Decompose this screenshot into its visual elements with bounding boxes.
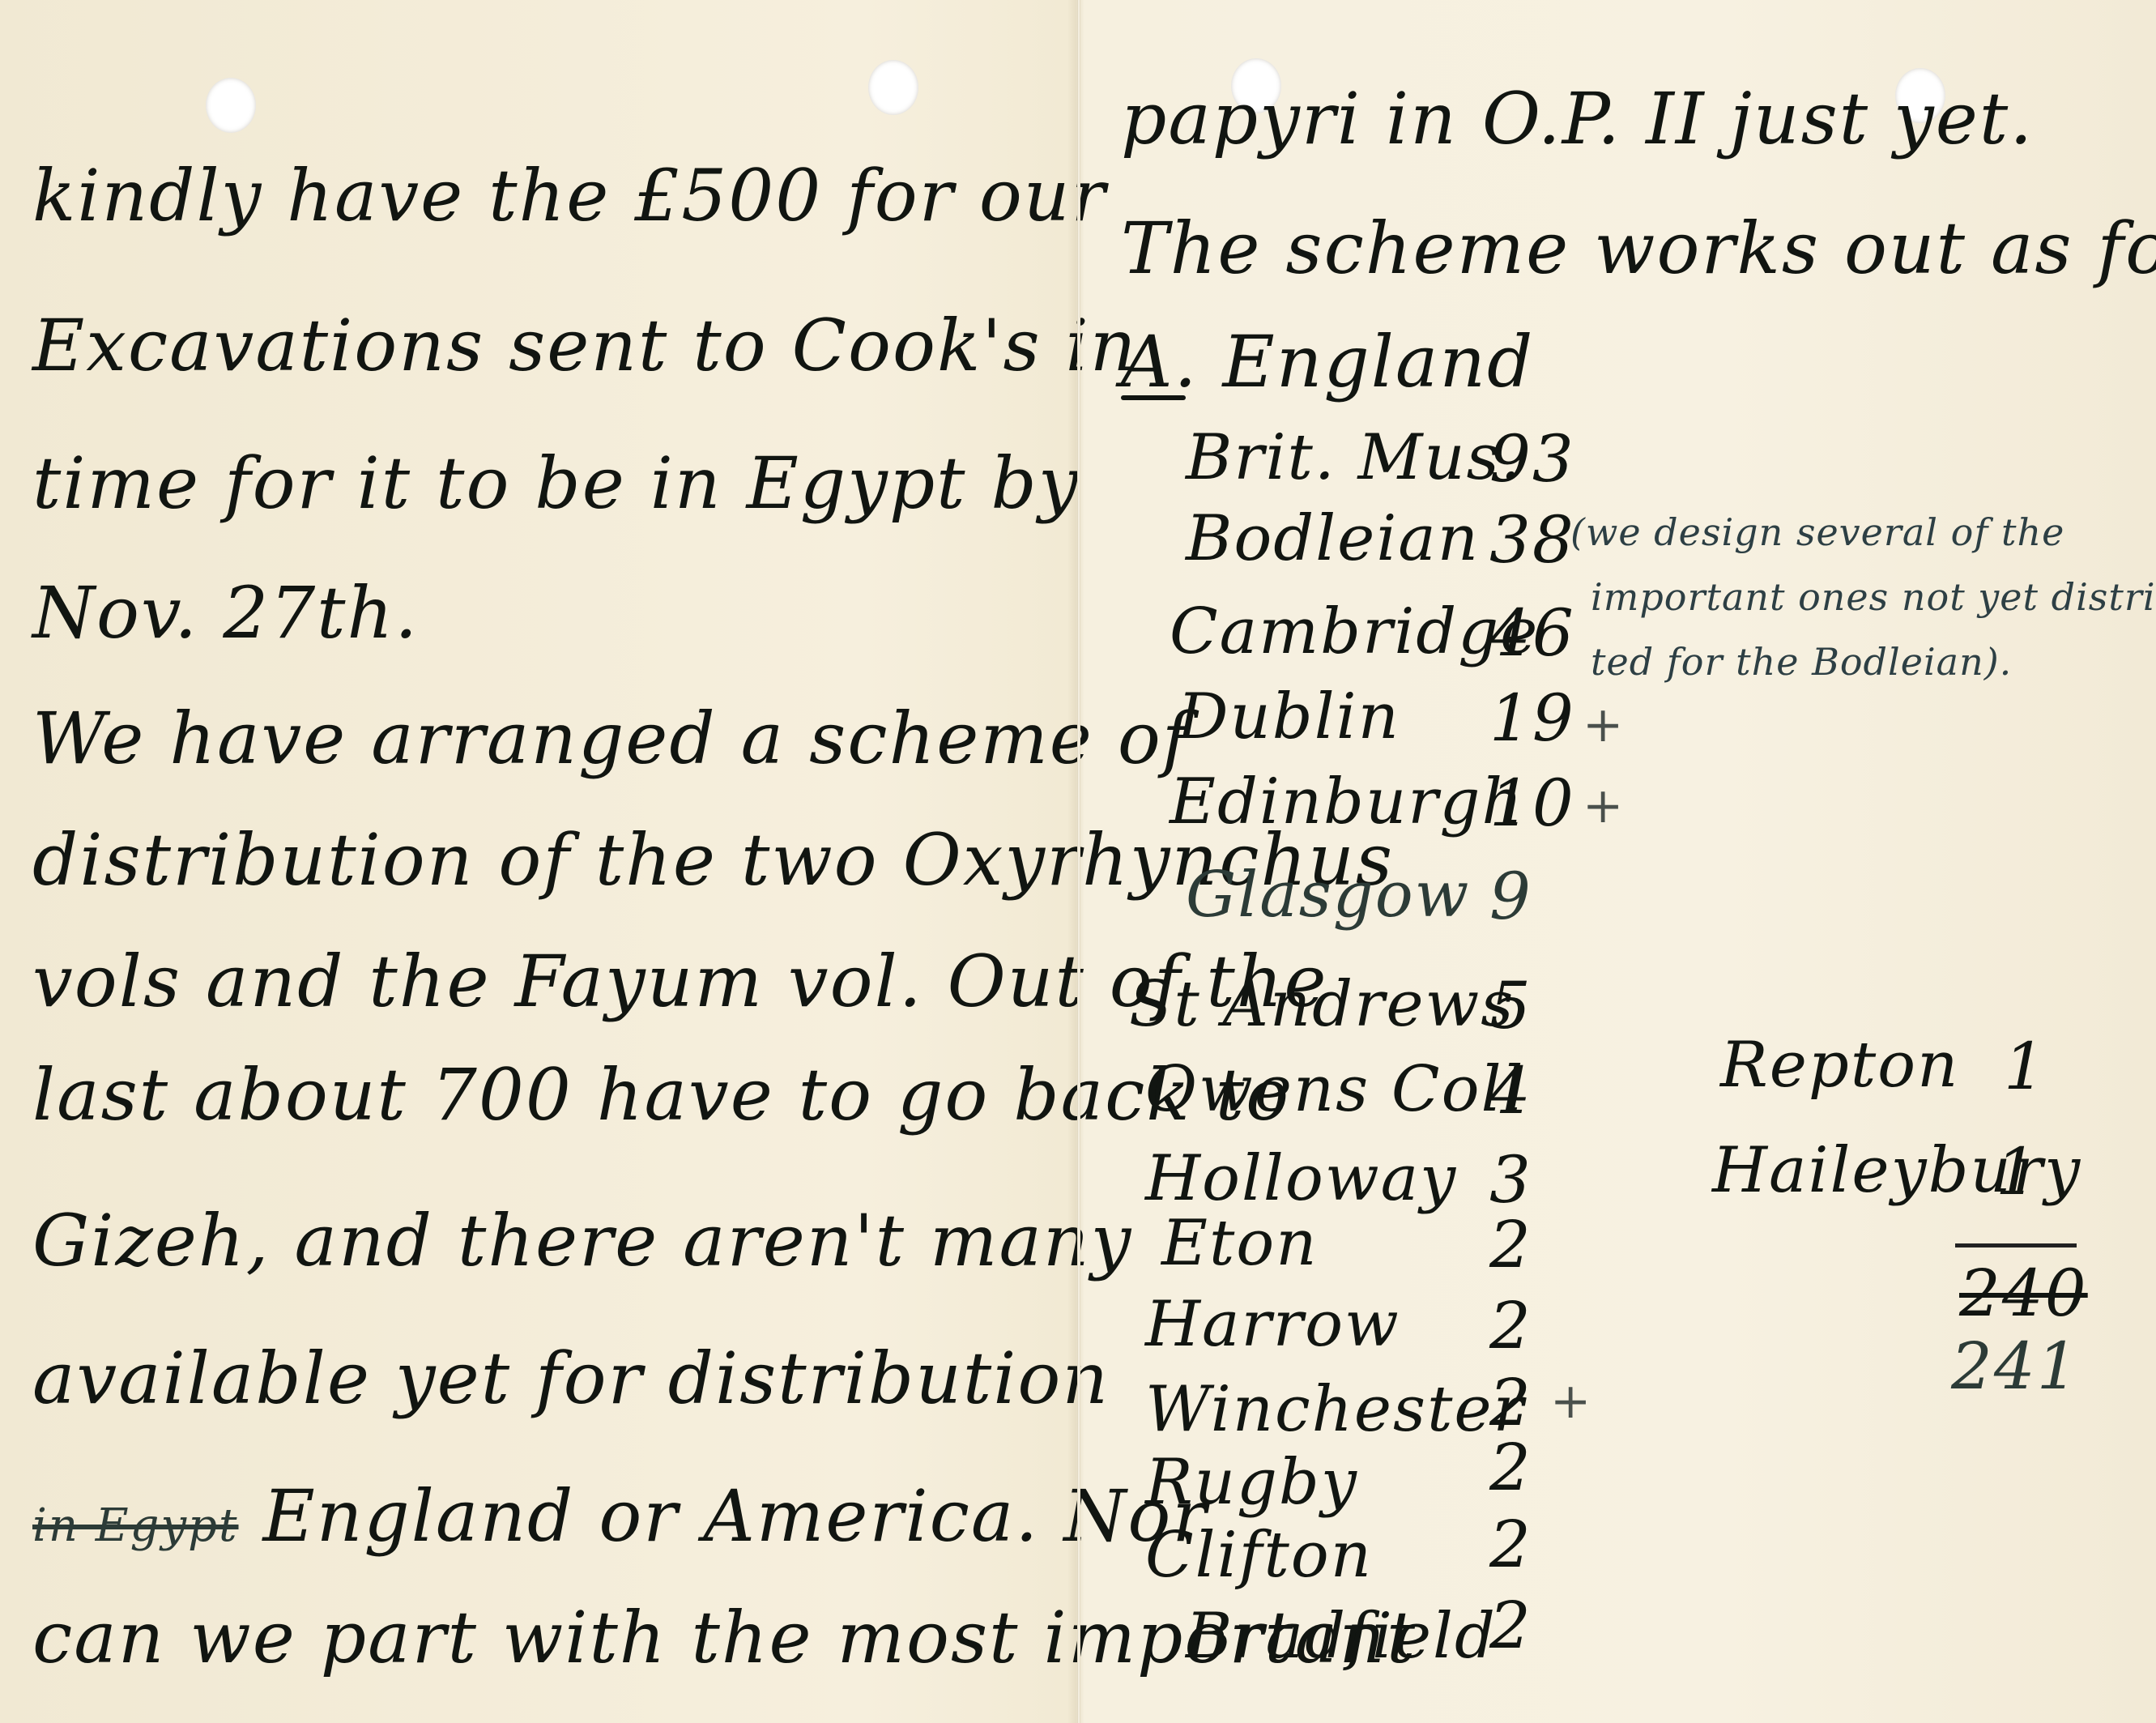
entry-count: 19	[1489, 680, 1575, 756]
entry-count: 4	[1489, 1053, 1532, 1128]
header-line: papyri in O.P. II just yet.	[1121, 77, 2034, 160]
entry-count: 2	[1489, 1288, 1532, 1363]
side-entry-count: 1	[2004, 1029, 2047, 1104]
letter-line: time for it to be in Egypt by	[32, 441, 1080, 525]
letter-line: Gizeh, and there aren't many	[32, 1199, 1132, 1282]
entry-name: Owens Coll	[1145, 1053, 1524, 1126]
entry-count: 5	[1489, 968, 1532, 1043]
letter-line: Nov. 27th.	[32, 571, 419, 655]
plus-mark: +	[1550, 1373, 1591, 1430]
right-page: papyri in O.P. II just yet. The scheme w…	[1080, 0, 2156, 1723]
grand-total: 241	[1951, 1329, 2080, 1404]
entry-name: Winchester	[1145, 1373, 1525, 1446]
annotation-line: (we design several of the	[1570, 510, 2064, 554]
entry-name: Dublin	[1178, 680, 1400, 753]
entry-name: Clifton	[1145, 1519, 1373, 1592]
letter-line: We have arranged a scheme of	[32, 697, 1190, 780]
entry-count: 2	[1489, 1507, 1532, 1582]
entry-count: 2	[1489, 1588, 1532, 1663]
entry-name: Harrow	[1145, 1288, 1400, 1361]
entry-name: Glasgow	[1186, 859, 1470, 932]
entry-count: 2	[1489, 1207, 1532, 1282]
annotation-line: ted for the Bodleian).	[1591, 640, 2012, 684]
side-entry-count: 1	[1996, 1134, 2039, 1209]
entry-name: St Andrews	[1129, 968, 1515, 1041]
plus-mark: +	[1583, 697, 1623, 753]
left-page: kindly have the £500 for our Excavations…	[0, 0, 1077, 1723]
letter-line: kindly have the £500 for our	[32, 154, 1107, 237]
header-line: The scheme works out as follows	[1121, 207, 2156, 290]
entry-name: Bradfield	[1186, 1600, 1497, 1673]
entry-name: Rugby	[1145, 1446, 1358, 1519]
entry-count: 9	[1489, 859, 1532, 934]
total-rule	[1955, 1243, 2077, 1247]
plus-mark: +	[1583, 778, 1623, 834]
entry-name: Edinburgh	[1170, 766, 1524, 838]
entry-name: Holloway	[1145, 1142, 1457, 1215]
punch-hole	[206, 78, 256, 133]
letter-line: England or America. Nor	[262, 1474, 1208, 1558]
punch-hole	[868, 60, 918, 115]
annotation-line: important ones not yet distribu-	[1591, 575, 2156, 619]
letter-line: Excavations sent to Cook's in	[32, 304, 1137, 387]
entry-name: Eton	[1161, 1207, 1318, 1280]
entry-name: Brit. Mus.	[1186, 421, 1522, 494]
section-label: A. England	[1121, 320, 1534, 403]
entry-count: 93	[1489, 421, 1575, 497]
entry-name: Bodleian	[1186, 502, 1480, 575]
struck-total: 240	[1959, 1256, 2088, 1331]
entry-name: Cambridge	[1170, 595, 1539, 668]
letter-line: available yet for distribution	[32, 1337, 1110, 1420]
struck-word: in Egypt	[32, 1499, 239, 1552]
side-entry-name: Repton	[1720, 1029, 1959, 1102]
section-underline	[1121, 395, 1186, 400]
letter-sheet: kindly have the £500 for our Excavations…	[0, 0, 2156, 1723]
entry-count: 38	[1489, 502, 1575, 578]
entry-count: 2	[1489, 1430, 1532, 1505]
entry-count: 46	[1489, 595, 1575, 671]
entry-count: 10	[1489, 766, 1575, 841]
